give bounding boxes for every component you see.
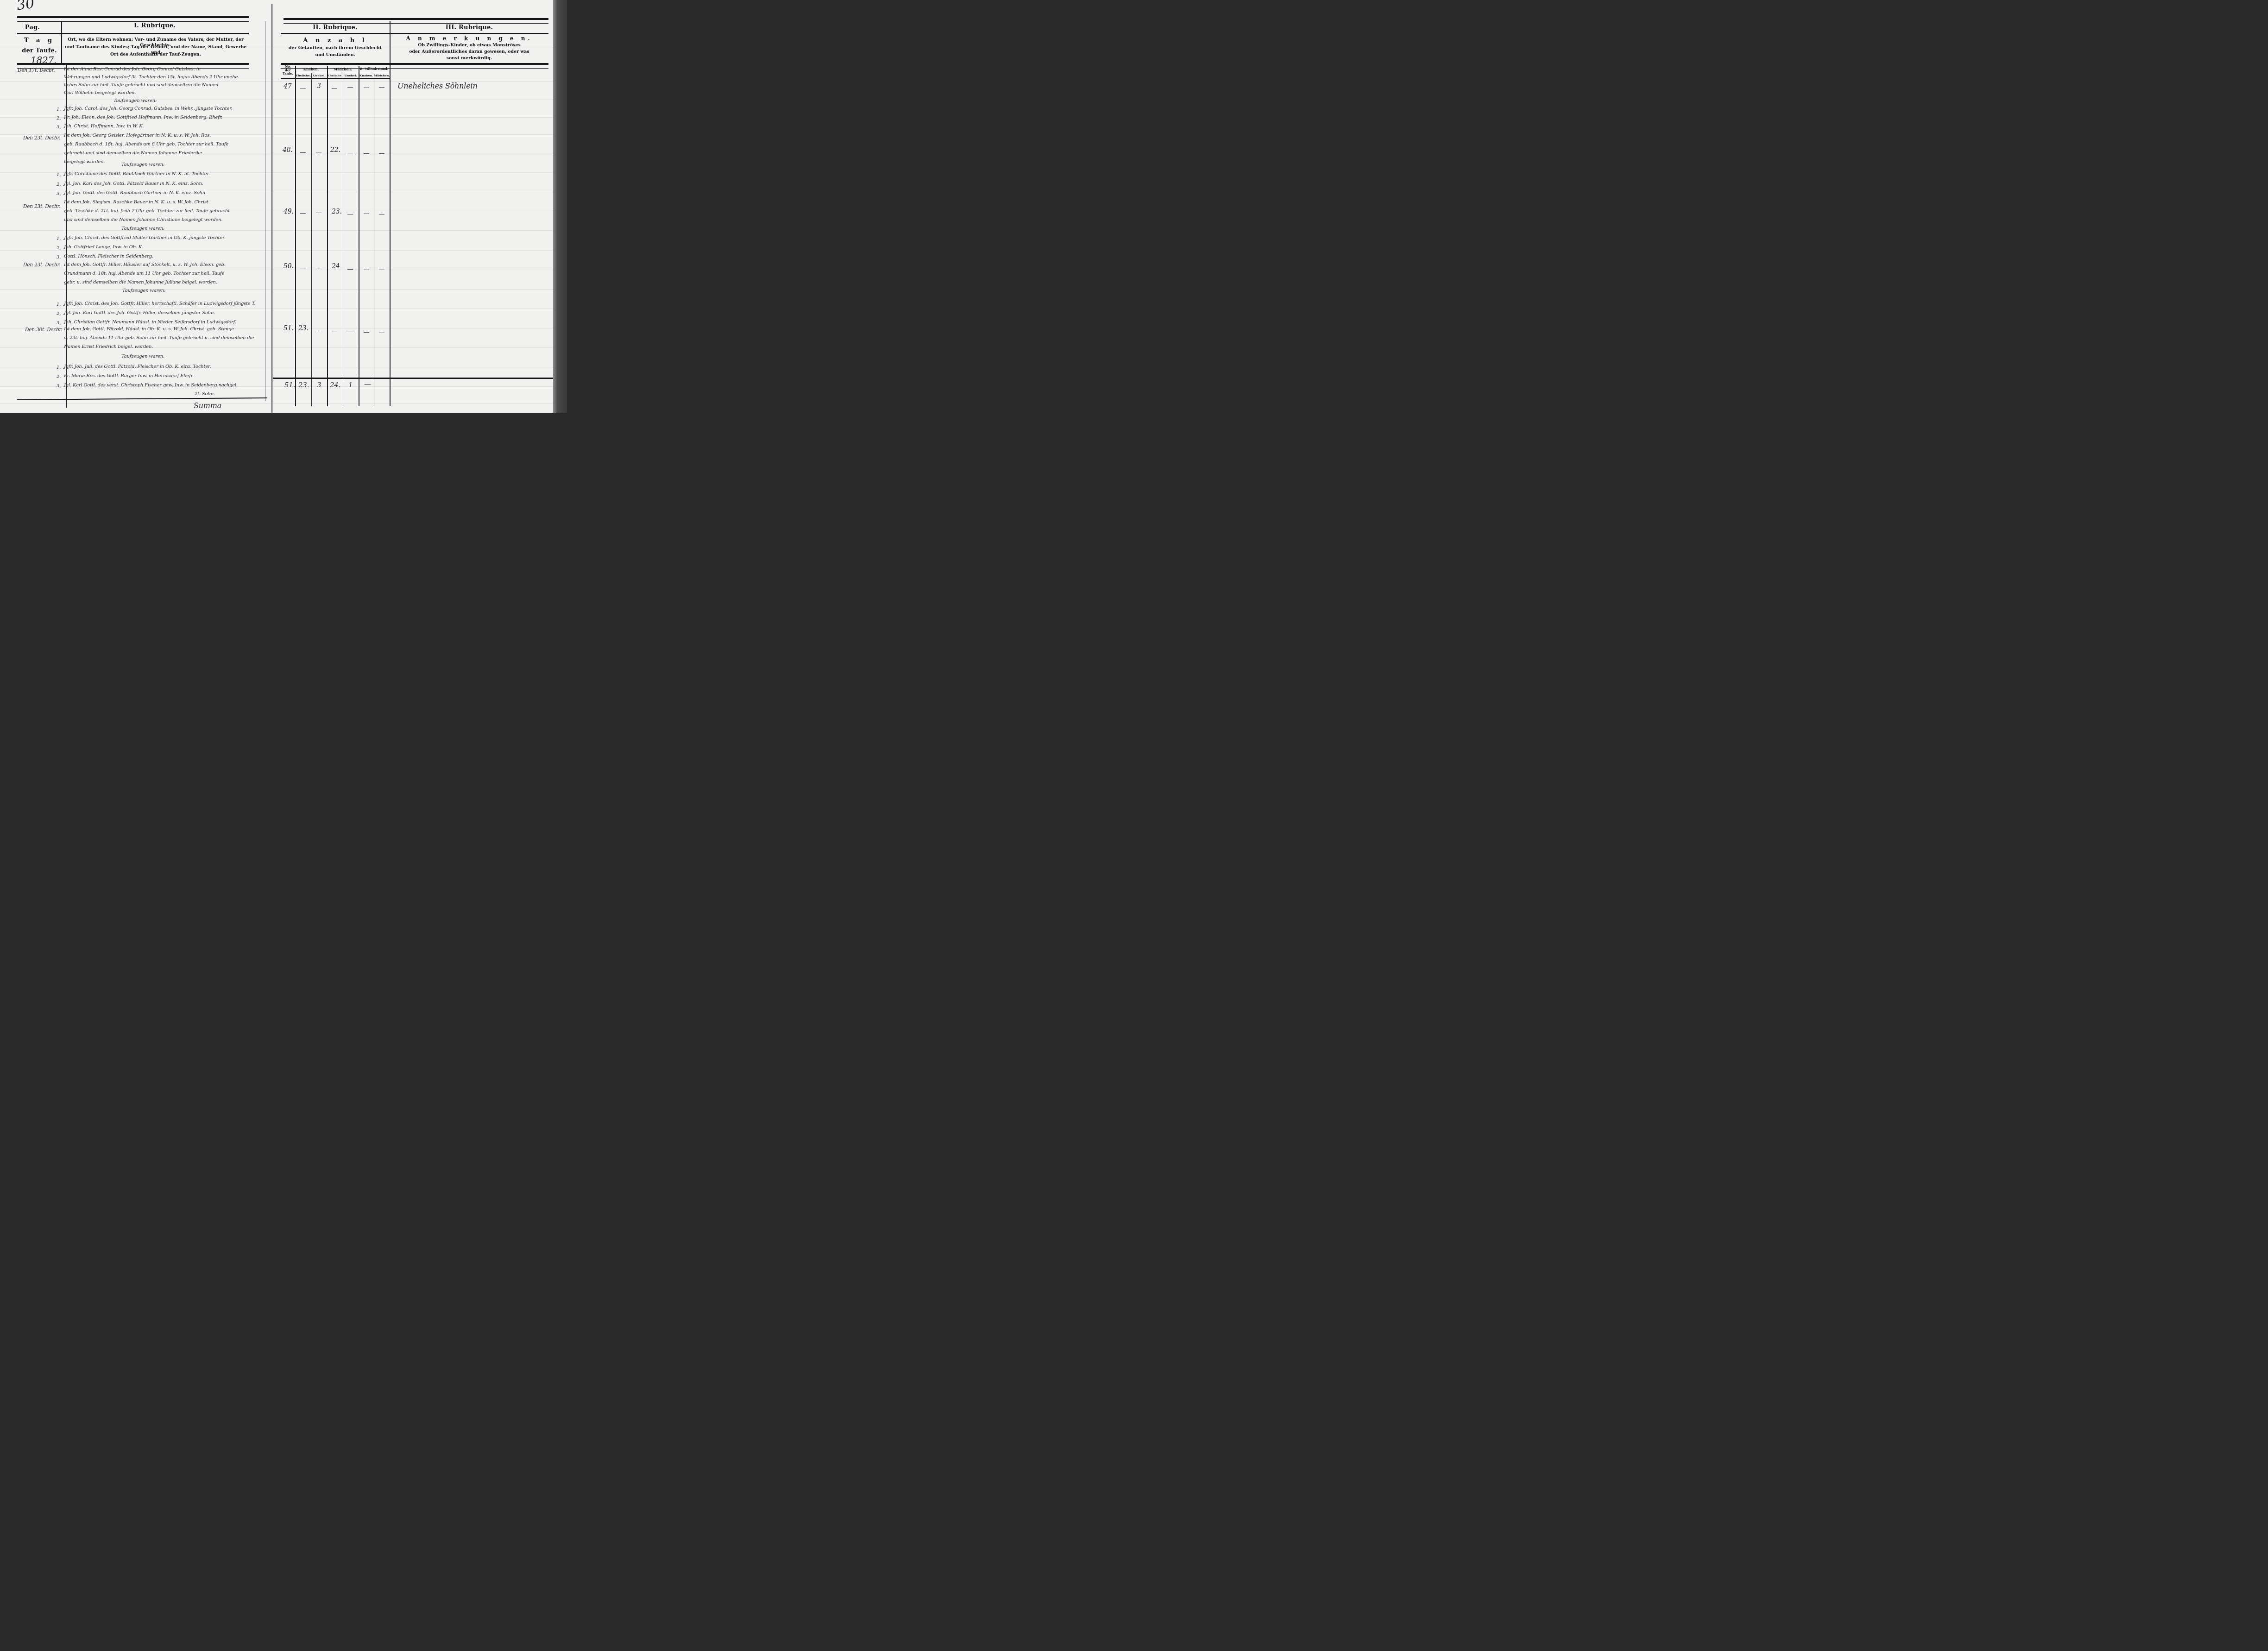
col-maedchen-ehel: Eheliche.	[327, 74, 343, 78]
witness-text: Joh. Christ. Hoffmann, Inw. in W. K.	[64, 124, 144, 129]
col-knaben-unehel: Unehel.	[311, 74, 327, 78]
witness-number: 1,	[57, 365, 61, 370]
row-dash	[364, 214, 369, 214]
top-double-rule-right	[283, 18, 548, 24]
witness-heading: Taufzeugen waren:	[121, 354, 164, 359]
witness-text: Jgfr. Joh. Christ. des Joh. Gottfr. Hill…	[64, 301, 256, 306]
summa-rule-left	[17, 397, 267, 400]
row-dash	[300, 152, 306, 153]
entry-line: Carl Wilhelm beigelegt worden.	[64, 90, 136, 95]
col-divider-militair-sub	[374, 73, 374, 406]
row-no: 48.	[283, 146, 293, 154]
col-divider-maedchen-sub	[343, 73, 343, 406]
witness-number: 3.	[57, 255, 61, 260]
date-label-tag: T a g	[18, 37, 61, 44]
row-dash	[364, 332, 369, 333]
row-dash	[300, 213, 306, 214]
col-knaben-ehel: Eheliche.	[295, 74, 311, 78]
witness-heading: Taufzeugen waren:	[121, 226, 164, 231]
entry-line: d. 23t. huj. Abends 11 Uhr geb. Sohn zur…	[64, 335, 254, 340]
rubric-3-sub-line2: oder Außerordentliches daran gewesen, od…	[391, 49, 548, 55]
col-maedchen: Mädchen.	[327, 67, 359, 71]
row-dash	[347, 214, 353, 214]
witness-text: Jgfr. Joh. Juli. des Gottl. Pätzold, Fle…	[64, 364, 211, 369]
witness-number: 2,	[57, 182, 61, 187]
ruling-line	[0, 309, 553, 309]
subcolumn-rule	[295, 73, 390, 73]
entry-line: Ist der Anna Ros. Conrad des Joh. Georg …	[64, 67, 201, 72]
witness-number: 3,	[57, 191, 61, 196]
col-mil-maedchen: Mädchen.	[374, 74, 390, 78]
witness-heading: Taufzeugen waren:	[121, 162, 164, 167]
row-dash	[347, 332, 353, 332]
header-rule-left	[17, 33, 249, 34]
ruling-line	[0, 250, 553, 251]
witness-number: 1,	[57, 236, 61, 241]
row-maedchen-ehel: 23.	[332, 208, 342, 215]
entry-line: Ist dem Joh. Gottfr. Hiller, Häusler auf…	[64, 262, 226, 267]
row-maedchen-ehel: 22.	[330, 146, 340, 154]
summa-knaben-unehel: 3	[317, 381, 321, 389]
remark-text: Uneheliches Söhnlein	[397, 82, 478, 90]
row-dash	[300, 269, 306, 269]
entry-line: geb. Raubbach d. 16t. huj. Abends um 8 U…	[64, 142, 228, 147]
row-dash	[347, 153, 353, 153]
summa-maedchen-ehel: 24.	[330, 381, 340, 389]
summa-no: 51.	[284, 381, 295, 389]
ruling-line	[0, 403, 553, 403]
witness-text: Jgl. Joh. Karl Gottl. des Joh. Gottfr. H…	[64, 310, 215, 315]
left-page-right-border	[265, 21, 265, 401]
ruling-line	[0, 230, 553, 231]
top-double-rule-left	[17, 16, 249, 22]
rubric-1-title: I. Rubrique.	[62, 22, 247, 30]
row-knaben-ehel: 23.	[298, 325, 309, 332]
rubric-1-desc-line3: Ort des Aufenthalts der Tauf-Zeugen.	[63, 52, 248, 57]
summa-maedchen-unehel: 1	[348, 381, 353, 389]
row-dash	[332, 88, 337, 89]
row-no: 51.	[283, 325, 294, 332]
summa-knaben-ehel: 23.	[298, 381, 309, 389]
entry-line: geb. Tzschke d. 21t. huj. früh 7 Uhr geb…	[64, 208, 230, 214]
scan-right-background	[553, 0, 567, 413]
row-dash	[379, 214, 384, 214]
rubric-2-sub-line1: der Getauften, nach ihrem Geschlecht	[281, 45, 390, 51]
witness-text: Gottl. Hönsch, Fleischer in Seidenberg.	[64, 254, 153, 259]
witness-text: Jgfr. Joh. Carol. des Joh. Georg Conrad,…	[64, 106, 233, 111]
rubric-3-sub-line1: Ob Zwillings-Kinder, ob etwas Monströses	[391, 43, 548, 48]
witness-text: Jgl. Joh. Karl des Joh. Gottl. Pätzold B…	[64, 181, 203, 186]
row-knaben-unehel: 3	[317, 82, 321, 90]
witness-number: 1,	[57, 172, 61, 177]
witness-text: Joh. Christian Gottfr. Neumann Häusl. in…	[64, 320, 236, 325]
entry-line: Ist dem Joh. Siegism. Raschke Bauer in N…	[64, 200, 210, 205]
row-dash	[364, 153, 369, 154]
witness-number: 2.	[57, 374, 61, 379]
rubric-2-sub-line2: und Umständen.	[281, 52, 390, 58]
witness-number: 1,	[57, 107, 61, 112]
entry-line: Namen Ernst Friedrich beigel. worden.	[64, 344, 153, 349]
summa-rule-right	[273, 378, 553, 379]
witness-text: Jgl. Joh. Gottl. des Gottl. Raubbach Gär…	[64, 190, 207, 195]
witness-text: Jgfr. Joh. Christ. des Gottfried Müller …	[64, 235, 226, 240]
entry-line: gebracht und sind demselben die Namen Jo…	[64, 151, 202, 156]
entry-line: Ist dem Joh. Georg Geisler, Hofegärtner …	[64, 133, 211, 138]
rubric-3-sub-line3: sonst merkwürdig.	[391, 56, 548, 61]
ruling-line	[0, 270, 553, 270]
rubric-2-heading: A n z a h l	[281, 37, 390, 44]
col-divider-maedchen	[327, 66, 328, 406]
witness-number: 1,	[57, 302, 61, 307]
col-divider-no	[295, 66, 296, 406]
rubric-3-title: III. Rubrique.	[391, 24, 548, 32]
col-mil-knaben: Knaben.	[359, 74, 374, 78]
witness-heading: Taufzeugen waren:	[122, 288, 165, 293]
ruling-line	[0, 289, 553, 290]
header-rule-right	[281, 33, 548, 34]
pag-label: Pag.	[19, 24, 46, 32]
row-dash	[347, 87, 353, 88]
row-dash	[379, 87, 384, 88]
row-dash	[316, 213, 321, 213]
summa-label: Summa	[194, 401, 221, 410]
row-dash	[379, 153, 384, 154]
rubric-2-3-divider	[390, 21, 391, 406]
register-page-scan: 30 Pag. I. Rubrique. T a g der Taufe. 18…	[0, 0, 553, 413]
row-dash	[379, 333, 384, 333]
row-dash	[300, 88, 306, 88]
summa-mil-knaben: —	[364, 380, 371, 388]
date-label-taufe: der Taufe.	[18, 47, 61, 55]
witness-number: 3,	[57, 384, 61, 389]
book-gutter-fold	[271, 4, 273, 413]
col-divider-militair	[359, 66, 359, 406]
row-dash	[347, 269, 353, 270]
entry-date: Den 23t. Decbr.	[23, 262, 60, 268]
witness-text: Fr. Joh. Eleon. des Joh. Gottfried Hoffm…	[64, 115, 222, 120]
entry-date: Den 17t. Decbr.	[18, 68, 55, 73]
entry-line: gebr. u. sind demselben die Namen Johann…	[64, 280, 217, 285]
witness-text: Jgl. Karl Gottl. des verst. Christoph Fi…	[64, 383, 238, 388]
col-no-label: No. der Taufe.	[281, 65, 295, 76]
witness-number: 2,	[57, 246, 61, 251]
rubric-2-title: II. Rubrique.	[281, 24, 390, 32]
entry-date: Den 30t. Decbr.	[25, 327, 62, 333]
row-maedchen-ehel: 24	[332, 263, 340, 270]
row-dash	[364, 270, 369, 270]
witness-text: Jgfr. Christiane des Gottl. Raubbach Gär…	[64, 171, 210, 176]
row-dash	[379, 270, 384, 270]
col-knaben: Knaben.	[295, 67, 327, 71]
witness-number: 3,	[57, 321, 61, 326]
entry-date: Den 23t. Decbr.	[23, 204, 60, 209]
entry-line: Ist dem Joh. Gottl. Pätzold, Häusl. in O…	[64, 327, 234, 332]
row-no: 47	[283, 83, 291, 90]
row-dash	[316, 331, 321, 331]
entry-line: Wehrungen und Ludwigsdorf 3t. Tochter de…	[64, 75, 239, 80]
subheader-rule	[281, 78, 390, 79]
witness-text: Joh. Gottfried Lange, Inw. in Ob. K.	[64, 245, 143, 250]
row-dash	[332, 332, 337, 332]
witness-heading: Taufzeugen waren:	[113, 98, 157, 103]
row-dash	[316, 152, 321, 152]
col-divider-knaben	[311, 73, 312, 406]
witness-number: 2,	[57, 116, 61, 121]
row-dash	[364, 88, 369, 88]
witness-tail: 2t. Sohn.	[195, 391, 215, 397]
col-maedchen-unehel: Unehel.	[343, 74, 359, 78]
col-militairstand: B. Militairstand.	[359, 67, 390, 71]
row-no: 49.	[283, 208, 294, 215]
entry-line: Grundmann d. 18t. huj. Abends um 11 Uhr …	[64, 271, 224, 276]
entry-line: beigelegt worden.	[64, 159, 105, 164]
row-dash	[316, 269, 321, 269]
entry-date: Den 23t. Decbr.	[23, 135, 60, 141]
witness-text: Fr. Maria Ros. des Gottl. Bürger Inw. in…	[64, 373, 194, 378]
witness-number: 3,	[57, 125, 61, 130]
entry-line: und sind demselben die Namen Johanne Chr…	[64, 217, 222, 222]
witness-number: 2,	[57, 311, 61, 316]
register-year: 1827.	[31, 55, 57, 66]
page-marker: 30	[16, 0, 36, 13]
ruling-line	[0, 100, 553, 100]
rubric-3-heading: A n m e r k u n g e n.	[391, 35, 548, 42]
col-no-line3: Taufe.	[281, 72, 295, 76]
entry-line: liches Sohn zur heil. Taufe gebracht und…	[64, 82, 218, 88]
row-no: 50.	[283, 263, 294, 270]
